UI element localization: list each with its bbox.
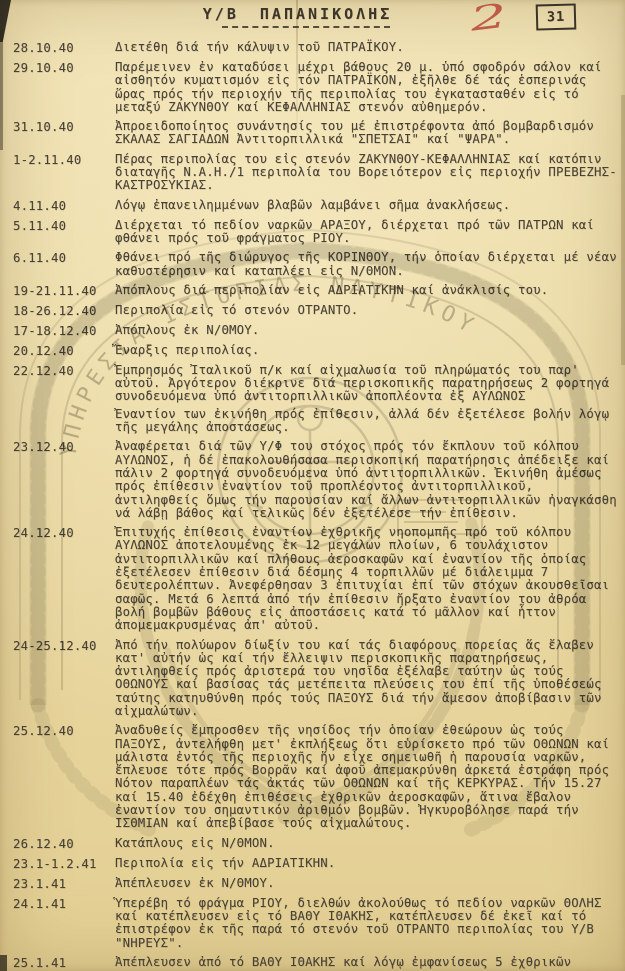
entry-text: Ἀπόπλους διά περιπολίαν εἰς ΑΔΡΙΑΤΙΚΗΝ κ… xyxy=(115,284,620,298)
entry-date: 22.12.40 xyxy=(0,364,115,434)
entry-date: 23.1.41 xyxy=(0,877,115,891)
entry-date: 25.1.41 xyxy=(0,956,115,970)
entry-date: 20.12.40 xyxy=(0,344,115,358)
log-entry: 1-2.11.40 Πέρας περιπολίας του εἰς στενό… xyxy=(0,153,625,193)
entry-date: 17-18.12.40 xyxy=(0,324,115,338)
entry-text: Περιπολία εἰς τό στενόν ΟΤΡΑΝΤΟ. xyxy=(115,304,620,318)
entry-date: 18-26.12.40 xyxy=(0,304,115,318)
entry-text: Πέρας περιπολίας του εἰς στενόν ΖΑΚΥΝΘΟΥ… xyxy=(115,153,620,193)
entry-date: 24.1.41 xyxy=(0,897,115,950)
log-entry: 24.1.41 Ὑπερέβη τό φράγμα ΡΙΟΥ, διελθών … xyxy=(0,897,625,950)
entry-date: 28.10.40 xyxy=(0,41,115,55)
log-entry: 24-25.12.40 Ἀπό τήν πολύωρον δίωξίν του … xyxy=(0,639,625,719)
entry-text: Παρέμεινεν ἐν καταδύσει μέχρι βάθους 20 … xyxy=(115,61,620,114)
log-entry: 25.12.40 Ἀναδυθείς ἔμπροσθεν τῆς νησίδος… xyxy=(0,724,625,830)
entry-text: Ἀπέπλευσεν ἀπό τό ΒΑΘΥ ΙΘΑΚΗΣ καί λόγῳ ἐ… xyxy=(115,956,620,970)
entry-text: Κατάπλους εἰς Ν/ΘΜΟΝ. xyxy=(115,837,620,851)
entry-text: Λόγῳ ἐπανειλημμένων βλαβῶν λαμβάνει σῆμα… xyxy=(115,199,620,213)
log-entry: 4.11.40 Λόγῳ ἐπανειλημμένων βλαβῶν λαμβά… xyxy=(0,199,625,213)
handwritten-red-mark: 2 xyxy=(468,0,509,39)
entry-date: 31.10.40 xyxy=(0,120,115,147)
entry-text: Ἀπόπλους ἐκ Ν/ΘΜΟΥ. xyxy=(115,324,620,338)
entry-date: 6.11.40 xyxy=(0,251,115,278)
entry-date: 24.12.40 xyxy=(0,526,115,632)
entry-text: Φθάνει πρό τῆς διώρυγος τῆς ΚΟΡΙΝΘΟΥ, τή… xyxy=(115,251,620,278)
entry-text: Ἀπροειδοποίητος συνάντησίς του μέ ἐπιστρ… xyxy=(115,120,620,147)
log-entry: 18-26.12.40 Περιπολία εἰς τό στενόν ΟΤΡΑ… xyxy=(0,304,625,318)
entry-date: 4.11.40 xyxy=(0,199,115,213)
log-entry: 23.1-1.2.41 Περιπολία εἰς τήν ΑΔΡΙΑΤΙΚΗΝ… xyxy=(0,857,625,871)
log-entry: 31.10.40 Ἀπροειδοποίητος συνάντησίς του … xyxy=(0,120,625,147)
entry-date: 23.1-1.2.41 xyxy=(0,857,115,871)
log-entry: 26.12.40 Κατάπλους εἰς Ν/ΘΜΟΝ. xyxy=(0,837,625,851)
entry-date: 25.12.40 xyxy=(0,724,115,830)
entry-text: Ὑπερέβη τό φράγμα ΡΙΟΥ, διελθών ἀκολούθω… xyxy=(115,897,620,950)
scanned-document-page: Υ/Β ΠΑΠΑΝΙΚΟΛΗΣ 2 31 28.10.40 Διετέθη δι… xyxy=(0,0,625,971)
entry-text: Ἔναρξις περιπολίας. xyxy=(115,344,620,358)
log-entry: 19-21.11.40 Ἀπόπλους διά περιπολίαν εἰς … xyxy=(0,284,625,298)
log-entry: 23.1.41 Ἀπέπλευσεν ἐκ Ν/ΘΜΟΥ. xyxy=(0,877,625,891)
log-entry: 28.10.40 Διετέθη διά τήν κάλυψιν τοῦ ΠΑΤ… xyxy=(0,41,625,55)
entry-text: Ἐμπρησμός Ἰταλικοῦ π/κ καί αἰχμαλωσία το… xyxy=(115,364,620,434)
log-entry: 23.12.40 Ἀναφέρεται διά τῶν Υ/Φ του στόχ… xyxy=(0,440,625,520)
log-entry: 25.1.41 Ἀπέπλευσεν ἀπό τό ΒΑΘΥ ΙΘΑΚΗΣ κα… xyxy=(0,956,625,970)
log-entry: 22.12.40 Ἐμπρησμός Ἰταλικοῦ π/κ καί αἰχμ… xyxy=(0,364,625,434)
entry-text: Ἐπιτυχής ἐπίθεσις ἐναντίον ἐχθρικῆς νηοπ… xyxy=(115,526,620,632)
entry-text: Ἀναφέρεται διά τῶν Υ/Φ του στόχος πρός τ… xyxy=(115,440,620,520)
entry-date: 5.11.40 xyxy=(0,219,115,246)
log-entry: 17-18.12.40 Ἀπόπλους ἐκ Ν/ΘΜΟΥ. xyxy=(0,324,625,338)
entry-date: 1-2.11.40 xyxy=(0,153,115,193)
log-entry: 29.10.40 Παρέμεινεν ἐν καταδύσει μέχρι β… xyxy=(0,61,625,114)
log-entry: 20.12.40 Ἔναρξις περιπολίας. xyxy=(0,344,625,358)
log-entry: 5.11.40 Διέρχεται τό πεδίον ναρκῶν ΑΡΑΞΟ… xyxy=(0,219,625,246)
page-number: 31 xyxy=(547,9,566,25)
war-log-entries: 28.10.40 Διετέθη διά τήν κάλυψιν τοῦ ΠΑΤ… xyxy=(0,41,625,971)
page-number-box: 31 xyxy=(536,3,577,30)
entry-text: Ἀπό τήν πολύωρον δίωξίν του καί τάς διαφ… xyxy=(115,639,620,719)
entry-date: 29.10.40 xyxy=(0,61,115,114)
entry-text: Ἀναδυθείς ἔμπροσθεν τῆς νησίδος τήν ὁποί… xyxy=(115,724,620,830)
log-entry: 6.11.40 Φθάνει πρό τῆς διώρυγος τῆς ΚΟΡΙ… xyxy=(0,251,625,278)
title-underline xyxy=(222,26,390,28)
entry-text: Περιπολία εἰς τήν ΑΔΡΙΑΤΙΚΗΝ. xyxy=(115,857,620,871)
entry-text: Ἀπέπλευσεν ἐκ Ν/ΘΜΟΥ. xyxy=(115,877,620,891)
entry-date: 24-25.12.40 xyxy=(0,639,115,719)
entry-date: 23.12.40 xyxy=(0,440,115,520)
entry-date: 26.12.40 xyxy=(0,837,115,851)
entry-text: Διετέθη διά τήν κάλυψιν τοῦ ΠΑΤΡΑΪΚΟΥ. xyxy=(115,41,620,55)
entry-text: Διέρχεται τό πεδίον ναρκῶν ΑΡΑΞΟΥ, διέρχ… xyxy=(115,219,620,246)
entry-date: 19-21.11.40 xyxy=(0,284,115,298)
log-entry: 24.12.40 Ἐπιτυχής ἐπίθεσις ἐναντίον ἐχθρ… xyxy=(0,526,625,632)
